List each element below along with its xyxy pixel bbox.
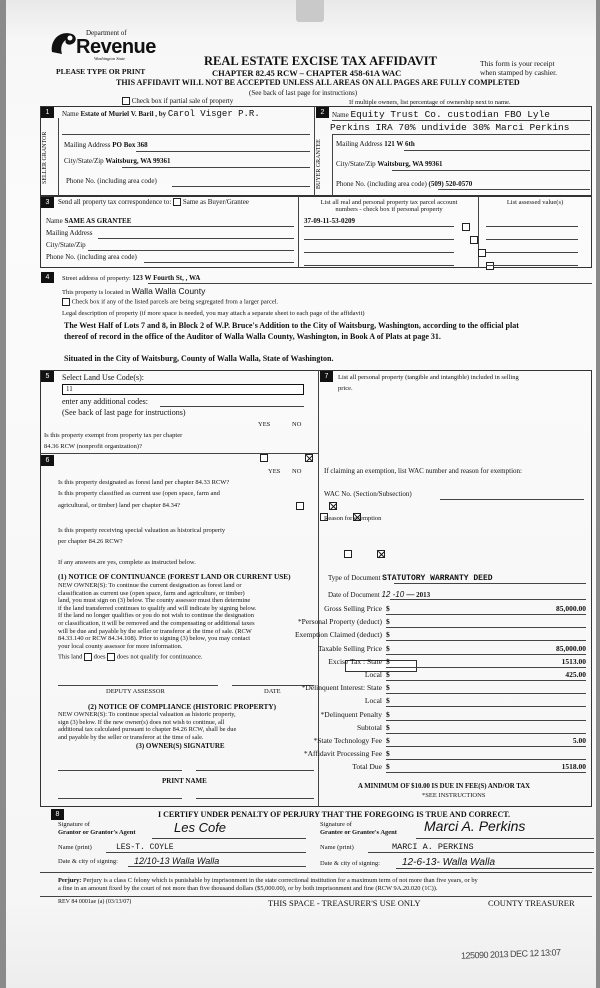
notice-line: and payable by the seller or transferor … xyxy=(58,734,236,742)
correspondence-city-label: City/State/Zip xyxy=(46,241,86,249)
partial-sale-row: Check box if partial sale of property xyxy=(122,97,233,105)
buyer-city-row: City/State/Zip Waitsburg, WA 99361 xyxy=(336,160,442,168)
assessed-value-field[interactable] xyxy=(486,265,578,266)
fee-label: Taxable Selling Price xyxy=(242,644,382,653)
street-row: Street address of property: 123 W Fourth… xyxy=(62,274,200,282)
exempt-yes-header: YES xyxy=(258,421,270,428)
exempt-question-1: Is this property exempt from property ta… xyxy=(44,432,182,439)
continuance-row: This land does does not qualify for cont… xyxy=(58,653,203,661)
partial-sale-label: Check box if partial sale of property xyxy=(132,97,233,105)
parcel-header: List all real and personal property tax … xyxy=(303,199,475,213)
seller-name-value[interactable]: Estate of Muriel V. Baril , by xyxy=(80,110,166,118)
fee-label: *Delinquent Penalty xyxy=(242,710,382,719)
county-value[interactable]: Walla Walla County xyxy=(132,286,206,296)
legal-label: Legal description of property (if more s… xyxy=(62,310,365,317)
seller-mailing-row: Mailing Address PO Box 368 xyxy=(64,141,148,149)
owner-signature-label: (3) OWNER(S) SIGNATURE xyxy=(136,742,225,750)
notice-line: land, you must sign on (3) below. The co… xyxy=(58,597,257,605)
fee-value[interactable]: 5.00 xyxy=(496,736,586,745)
partial-sale-checkbox[interactable] xyxy=(122,97,130,105)
dollar-sign: $ xyxy=(386,630,390,639)
seller-grantor-label: SELLER GRANTOR xyxy=(42,125,58,190)
deputy-assessor-label: DEPUTY ASSESSOR xyxy=(106,688,165,695)
exempt-yes-checkbox[interactable] xyxy=(260,454,268,462)
form-chapter: CHAPTER 82.45 RCW – CHAPTER 458-61A WAC xyxy=(212,68,401,78)
forest-yes-checkbox[interactable] xyxy=(296,502,304,510)
dollar-sign: $ xyxy=(386,762,390,771)
correspondence-name-row: Name SAME AS GRANTEE xyxy=(46,217,131,225)
section-7-badge: 7 xyxy=(320,371,333,382)
doc-type-row: Type of Document STATUTORY WARRANTY DEED xyxy=(328,574,493,583)
does-qualify-checkbox[interactable] xyxy=(84,653,92,661)
buyer-mailing-value[interactable]: 121 W 6th xyxy=(384,140,414,148)
grantor-date-value[interactable]: 12/10-13 Walla Walla xyxy=(134,856,219,866)
forest-question: Is this property designated as forest la… xyxy=(58,479,229,486)
historic-question-1: Is this property receiving special valua… xyxy=(58,527,225,534)
dollar-sign: $ xyxy=(386,696,390,705)
grantor-signature[interactable]: Les Cofe xyxy=(174,820,226,835)
notice-line: your local county assessor for more info… xyxy=(58,643,257,651)
fee-label: *Personal Property (deduct) xyxy=(242,617,382,626)
personal-property-checkbox[interactable] xyxy=(486,262,494,270)
correspondence-name-value[interactable]: SAME AS GRANTEE xyxy=(64,217,131,225)
assessed-value-field[interactable] xyxy=(486,239,578,240)
fee-label: Excise Tax : State xyxy=(242,657,382,666)
reason-label: Reason for exemption xyxy=(324,515,381,522)
forest-no-checkbox[interactable] xyxy=(329,502,337,510)
grantee-date-value[interactable]: 12-6-13- Walla Walla xyxy=(402,857,495,868)
notice-line: classification as current use (open spac… xyxy=(58,590,257,598)
if-yes-note: If any answers are yes, complete as inst… xyxy=(58,559,196,566)
historic-yes-checkbox[interactable] xyxy=(344,550,352,558)
located-row: This property is located in Walla Walla … xyxy=(62,286,205,296)
form-warning: THIS AFFIDAVIT WILL NOT BE ACCEPTED UNLE… xyxy=(116,78,520,87)
parcel-number[interactable]: 37-09-11-53-0209 xyxy=(304,217,355,225)
notice-line: if the land transferred continues to qua… xyxy=(58,605,257,613)
fee-value[interactable]: 1518.00 xyxy=(496,762,586,771)
send-correspondence-row: Send all property tax correspondence to:… xyxy=(58,198,249,206)
grantee-name-label: Name (print) xyxy=(320,844,354,851)
affidavit-page: Department of Revenue Washington State P… xyxy=(6,0,596,988)
grantee-date-label: Date & city of signing: xyxy=(320,860,380,867)
buyer-name-line2[interactable]: Perkins IRA 70% undivide 30% Marci Perki… xyxy=(330,122,569,133)
dollar-sign: $ xyxy=(386,670,390,679)
receipt-line-2: when stamped by cashier. xyxy=(480,69,557,78)
notice-compliance-text: NEW OWNER(S): To continue special valuat… xyxy=(58,711,236,741)
land-use-label: Select Land Use Code(s): xyxy=(62,373,144,382)
legal-line-1: The West Half of Lots 7 and 8, in Block … xyxy=(64,321,519,330)
historic-no-checkbox[interactable] xyxy=(377,550,385,558)
dollar-sign: $ xyxy=(386,644,390,653)
legal-line-2: thereof of record in the office of the A… xyxy=(64,332,441,341)
wac-label: WAC No. (Section/Subsection) xyxy=(324,490,412,498)
exemption-label: If claiming an exemption, list WAC numbe… xyxy=(324,467,522,475)
cashier-stamp: 125090 2013 DEC 12 13:07 xyxy=(461,947,561,960)
section-3-badge: 3 xyxy=(41,197,54,208)
fee-value[interactable]: 85,000.00 xyxy=(496,604,586,613)
additional-codes-label: enter any additional codes: xyxy=(62,397,148,406)
buyer-mailing-row: Mailing Address 121 W 6th xyxy=(336,140,415,148)
exempt-no-checkbox[interactable] xyxy=(305,454,313,462)
personal-property-label-1: List all personal property (tangible and… xyxy=(338,374,519,381)
grantor-name-label: Name (print) xyxy=(58,844,92,851)
dollar-sign: $ xyxy=(386,683,390,692)
grantee-sig-label: Signature of Grantee or Grantee's Agent xyxy=(320,821,397,837)
fee-label: Exemption Claimed (deduct) xyxy=(242,630,382,639)
notice-line: NEW OWNER(S): To continue special valuat… xyxy=(58,711,236,719)
notice-line: sign (3) below. If the new owner(s) does… xyxy=(58,719,236,727)
correspondence-phone-label: Phone No. (including area code) xyxy=(46,253,137,261)
doc-type-value[interactable]: STATUTORY WARRANTY DEED xyxy=(382,574,492,583)
current-use-question-2: agricultural, or timber) land per chapte… xyxy=(58,502,180,509)
logo-state-text: Washington State xyxy=(94,56,125,61)
dollar-sign: $ xyxy=(386,736,390,745)
assessed-header: List assessed value(s) xyxy=(482,199,588,206)
print-name-label: PRINT NAME xyxy=(162,777,207,785)
perjury-notice: Perjury: Perjury is a class C felony whi… xyxy=(58,877,478,893)
see-back-note: (See back of last page for instructions) xyxy=(249,89,357,97)
street-value[interactable]: 123 W Fourth St, , WA xyxy=(132,274,200,282)
notice-line: If the land no longer qualifies or you d… xyxy=(58,612,257,620)
multiple-owners-note: If multiple owners, list percentage of o… xyxy=(349,99,511,106)
notice-line: additional tax calculated pursuant to ch… xyxy=(58,726,236,734)
county-treasurer-label: COUNTY TREASURER xyxy=(488,898,575,908)
notice-line: or classification, it will be removed an… xyxy=(58,620,257,628)
personal-property-checkbox[interactable] xyxy=(478,249,486,257)
doc-date-year[interactable]: 2013 xyxy=(416,591,430,599)
please-type-note: PLEASE TYPE OR PRINT xyxy=(56,67,145,76)
segregated-checkbox[interactable] xyxy=(62,298,70,306)
notice-continuance-title: (1) NOTICE OF CONTINUANCE (FOREST LAND O… xyxy=(58,572,291,581)
assessed-value-field[interactable] xyxy=(486,252,578,253)
grantee-signature[interactable]: Marci A. Perkins xyxy=(424,818,525,834)
notice-line: 84.33.140 or RCW 84.34.108). Prior to si… xyxy=(58,635,257,643)
section-4-badge: 4 xyxy=(41,272,54,283)
section-8-badge: 8 xyxy=(51,809,64,820)
historic-question-2: per chapter 84.26 RCW? xyxy=(58,538,123,545)
fee-label: Total Due xyxy=(242,762,382,771)
seller-city-value[interactable]: Waitsburg, WA 99361 xyxy=(105,157,170,165)
seller-name-row: Name Estate of Muriel V. Baril , by Caro… xyxy=(62,109,260,119)
buyer-name-line1[interactable]: Equity Trust Co. custodian FBO Lyle xyxy=(350,109,550,120)
dollar-sign: $ xyxy=(386,710,390,719)
buyer-city-value[interactable]: Waitsburg, WA 99361 xyxy=(377,160,442,168)
fee-label: *Affidavit Processing Fee xyxy=(242,749,382,758)
exempt-question-2: 84.36 RCW (nonprofit organization)? xyxy=(44,443,142,450)
fee-label: Gross Selling Price xyxy=(242,604,382,613)
minimum-note: A MINIMUM OF $10.00 IS DUE IN FEE(S) AND… xyxy=(358,783,530,790)
grantor-date-label: Date & city of signing: xyxy=(58,858,118,865)
form-title: REAL ESTATE EXCISE TAX AFFIDAVIT xyxy=(204,54,437,69)
seller-mailing-value[interactable]: PO Box 368 xyxy=(112,141,147,149)
grantee-name-value[interactable]: MARCI A. PERKINS xyxy=(392,842,474,852)
section-2-badge: 2 xyxy=(316,107,329,118)
section-6-badge: 6 xyxy=(41,455,54,466)
buyer-phone-row: Phone No. (including area code) (509) 52… xyxy=(336,180,472,188)
fee-label: Local xyxy=(242,670,382,679)
s6-no-header: NO xyxy=(292,468,301,475)
paper-tab xyxy=(296,0,324,22)
receipt-note: This form is your receipt when stamped b… xyxy=(480,60,557,77)
notice-line: NEW OWNER(S): To continue the current de… xyxy=(58,582,257,590)
doc-date-row: Date of Document 12 -10 — 2013 xyxy=(328,590,430,599)
legal-line-3: Situated in the City of Waitsburg, Count… xyxy=(64,354,333,363)
section-1-badge: 1 xyxy=(41,107,54,118)
revenue-logo-icon xyxy=(50,30,78,56)
does-not-qualify-checkbox[interactable] xyxy=(107,653,115,661)
buyer-phone-value[interactable]: (509) 520-0570 xyxy=(429,180,473,188)
section-5-badge: 5 xyxy=(41,371,54,382)
s6-yes-header: YES xyxy=(268,468,280,475)
seller-name-typed[interactable]: Carol Visger P.R. xyxy=(168,109,260,119)
seller-phone-row: Phone No. (including area code) xyxy=(66,177,157,185)
doc-date-hand[interactable]: 12 -10 — xyxy=(381,590,414,599)
exempt-no-header: NO xyxy=(292,421,301,428)
treasurer-use-label: THIS SPACE - TREASURER'S USE ONLY xyxy=(268,898,421,908)
see-instructions: *SEE INSTRUCTIONS xyxy=(422,792,485,799)
dollar-sign: $ xyxy=(386,657,390,666)
same-as-buyer-checkbox[interactable] xyxy=(173,198,181,206)
notice-continuance-text: NEW OWNER(S): To continue the current de… xyxy=(58,582,257,650)
fee-value[interactable]: 85,000.00 xyxy=(496,644,586,653)
personal-property-label-2: price. xyxy=(338,385,353,392)
grantor-sig-label: Signature of Grantor or Grantor's Agent xyxy=(58,821,136,837)
assessed-value-field[interactable] xyxy=(486,226,578,227)
fee-label: Local xyxy=(242,696,382,705)
land-use-input[interactable]: 11 xyxy=(62,384,304,395)
dollar-sign: $ xyxy=(386,749,390,758)
buyer-name-row: Name Equity Trust Co. custodian FBO Lyle xyxy=(332,109,550,120)
fee-label: Subtotal xyxy=(242,723,382,732)
segregated-row: Check box if any of the listed parcels a… xyxy=(62,298,278,306)
seller-city-row: City/State/Zip Waitsburg, WA 99361 xyxy=(64,157,170,165)
current-use-question-1: Is this property classified as current u… xyxy=(58,490,220,497)
fee-value[interactable]: 1513.00 xyxy=(496,657,586,666)
fee-label: *Delinquent Interest: State xyxy=(242,683,382,692)
personal-property-checkbox[interactable] xyxy=(470,236,478,244)
buyer-grantee-label: BUYER GRANTEE xyxy=(316,135,332,193)
land-use-see-back: (See back of last page for instructions) xyxy=(62,408,186,417)
grantor-name-value[interactable]: LES-T. COYLE xyxy=(116,843,174,852)
dollar-sign: $ xyxy=(386,723,390,732)
personal-property-checkbox[interactable] xyxy=(462,223,470,231)
correspondence-mailing-label: Mailing Address xyxy=(46,229,92,237)
fee-value[interactable]: 425.00 xyxy=(496,670,586,679)
dollar-sign: $ xyxy=(386,617,390,626)
fee-label: *State Technology Fee xyxy=(242,736,382,745)
notice-line: will be due and payable by the seller or… xyxy=(58,628,257,636)
rev-number: REV 84 0001ae (a) (03/13/07) xyxy=(58,899,131,905)
dollar-sign: $ xyxy=(386,604,390,613)
